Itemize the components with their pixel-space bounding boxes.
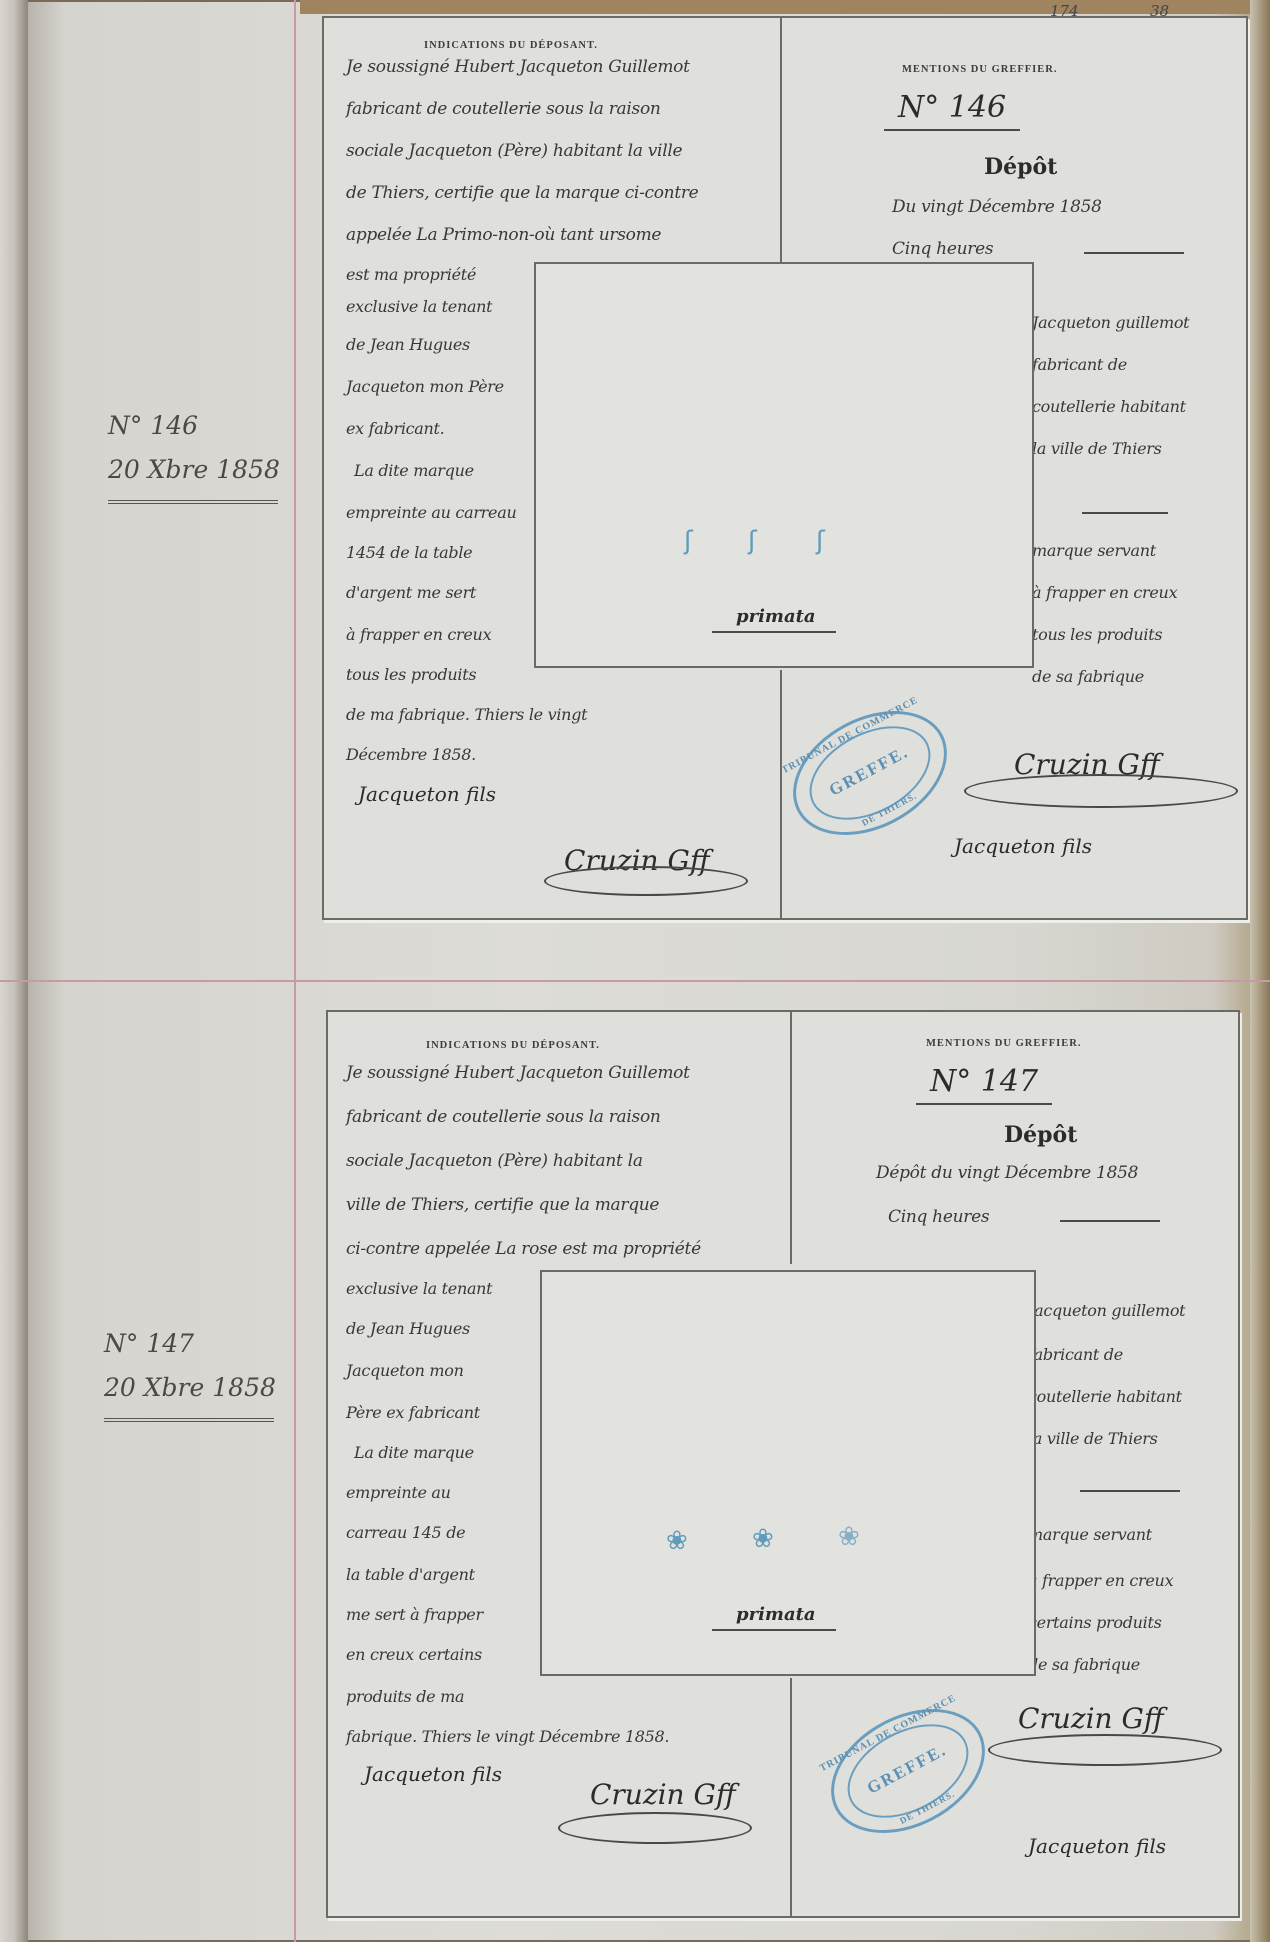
column-divider-top [780, 18, 782, 270]
mark-glyph-icon: ❀ [752, 1524, 774, 1554]
greffier-note-line: tous les produits [1032, 614, 1162, 656]
signature-flourish [544, 866, 748, 896]
greffier-note-line: Jacqueton guillemot [1028, 1290, 1185, 1332]
deposant-signature: Jacqueton fils [364, 1762, 502, 1786]
greffe-stamp: TRIBUNAL DE COMMERCE GREFFE. DE THIERS. [810, 1684, 1006, 1858]
column-divider-bottom [780, 670, 782, 918]
greffier-note-line: coutellerie habitant [1032, 386, 1186, 428]
mark-name: primata [712, 1604, 836, 1631]
mark-glyph-icon: ʃ [816, 526, 825, 556]
depot-time: Cinq heures [888, 1196, 989, 1238]
deposant-line: Je soussigné Hubert Jacqueton Guillemot [346, 1052, 690, 1094]
depot-date: Du vingt Décembre 1858 [892, 186, 1102, 228]
rule [1082, 512, 1168, 514]
book-gutter [0, 0, 28, 1942]
greffier-signature: Cruzin Gff [1018, 1702, 1164, 1735]
greffier-note-line: de sa fabrique [1028, 1644, 1140, 1686]
greffier-note-line: coutellerie habitant [1028, 1376, 1182, 1418]
deposant-line: produits de ma [346, 1676, 464, 1718]
book-top-edge [300, 0, 1270, 14]
deposant-header: INDICATIONS DU DÉPOSANT. [426, 1040, 600, 1051]
signature-flourish [558, 1812, 752, 1844]
column-divider-bottom [790, 1678, 792, 1916]
rule [1080, 1490, 1180, 1492]
deposant-line: 1454 de la table [346, 532, 472, 574]
mark-glyph-icon: ʃ [748, 526, 757, 556]
greffier-note-line: à frapper en creux [1032, 572, 1177, 614]
deposant-signature-right: Jacqueton fils [954, 834, 1092, 858]
signature-flourish [964, 774, 1238, 808]
deposant-line: de Jean Hugues [346, 324, 470, 366]
margin-entry-146: N° 146 20 Xbre 1858 [108, 404, 280, 504]
deposant-signature: Jacqueton fils [358, 782, 496, 806]
mark-glyph-icon: ❀ [838, 1522, 860, 1552]
deposant-line: en creux certains [346, 1634, 482, 1676]
deposant-line: fabricant de coutellerie sous la raison [346, 88, 661, 130]
margin-date: 20 Xbre 1858 [104, 1366, 276, 1410]
deposant-signature-right: Jacqueton fils [1028, 1834, 1166, 1858]
greffier-note-line: marque servant [1032, 530, 1156, 572]
rule [1060, 1220, 1160, 1222]
mark-glyph-icon: ❀ [666, 1526, 688, 1556]
mark-impression-box: ❀ ❀ ❀ primata [540, 1270, 1036, 1676]
registration-number: N° 147 [916, 1064, 1052, 1105]
deposant-line: ex fabricant. [346, 408, 444, 450]
double-underline [108, 494, 278, 504]
deposant-line: carreau 145 de [346, 1512, 465, 1554]
deposant-line: fabrique. Thiers le vingt Décembre 1858. [346, 1716, 669, 1758]
margin-entry-147: N° 147 20 Xbre 1858 [104, 1322, 276, 1422]
greffier-header: MENTIONS DU GREFFIER. [902, 64, 1057, 75]
greffier-note-line: marque servant [1028, 1514, 1152, 1556]
greffier-note-line: certains produits [1028, 1602, 1162, 1644]
deposant-line: exclusive la tenant [346, 1268, 492, 1310]
deposant-line: tous les produits [346, 654, 476, 696]
deposant-line: ville de Thiers, certifie que la marque [346, 1184, 659, 1226]
deposant-line: La dite marque [354, 1432, 474, 1474]
rule [1084, 252, 1184, 254]
deposant-line: la table d'argent [346, 1554, 475, 1596]
deposant-line: me sert à frapper [346, 1594, 483, 1636]
mark-glyph-icon: ʃ [684, 526, 693, 556]
deposant-line: empreinte au [346, 1472, 451, 1514]
margin-date: 20 Xbre 1858 [108, 448, 280, 492]
greffier-header: MENTIONS DU GREFFIER. [926, 1038, 1081, 1049]
book-right-edge [1250, 0, 1270, 1942]
deposant-line: appelée La Primo-non-où tant ursome [346, 214, 661, 256]
deposant-line: Décembre 1858. [346, 734, 476, 776]
mark-impression-box: ʃ ʃ ʃ primata [534, 262, 1034, 668]
greffier-signature-left: Cruzin Gff [590, 1778, 736, 1811]
margin-rule-horizontal [0, 980, 1270, 982]
deposant-line: exclusive la tenant [346, 286, 492, 328]
depot-title: Dépôt [1004, 1122, 1077, 1148]
deposant-line: de Thiers, certifie que la marque ci-con… [346, 172, 698, 214]
deposant-line: fabricant de coutellerie sous la raison [346, 1096, 661, 1138]
deposant-line: de ma fabrique. Thiers le vingt [346, 694, 587, 736]
signature-flourish [988, 1734, 1222, 1766]
greffier-note-line: à frapper en creux [1028, 1560, 1173, 1602]
double-underline [104, 1412, 274, 1422]
depot-date: Dépôt du vingt Décembre 1858 [876, 1152, 1138, 1194]
deposant-line: empreinte au carreau [346, 492, 516, 534]
margin-rule-vertical [294, 0, 296, 1942]
deposant-line: sociale Jacqueton (Père) habitant la vil… [346, 130, 682, 172]
greffier-note-line: fabricant de [1028, 1334, 1123, 1376]
greffier-note-line: la ville de Thiers [1028, 1418, 1158, 1460]
column-divider-top [790, 1012, 792, 1264]
deposant-line: Jacqueton mon Père [346, 366, 504, 408]
deposant-line: Père ex fabricant [346, 1392, 480, 1434]
deposant-line: La dite marque [354, 450, 474, 492]
deposant-line: d'argent me sert [346, 572, 476, 614]
margin-number: N° 146 [108, 404, 280, 448]
greffe-stamp: TRIBUNAL DE COMMERCE GREFFE. DE THIERS. [772, 686, 968, 860]
deposant-line: de Jean Hugues [346, 1308, 470, 1350]
deposant-line: sociale Jacqueton (Père) habitant la [346, 1140, 643, 1182]
margin-number: N° 147 [104, 1322, 276, 1366]
depot-title: Dépôt [984, 154, 1057, 180]
deposant-line: Je soussigné Hubert Jacqueton Guillemot [346, 46, 690, 88]
greffier-note-line: la ville de Thiers [1032, 428, 1162, 470]
registration-number: N° 146 [884, 90, 1020, 131]
greffier-note-line: fabricant de [1032, 344, 1127, 386]
mark-name: primata [712, 606, 836, 633]
deposant-line: ci-contre appelée La rose est ma proprié… [346, 1228, 701, 1270]
deposant-line: à frapper en creux [346, 614, 491, 656]
greffier-note-line: de sa fabrique [1032, 656, 1144, 698]
greffier-note-line: Jacqueton guillemot [1032, 302, 1189, 344]
deposant-line: Jacqueton mon [346, 1350, 464, 1392]
